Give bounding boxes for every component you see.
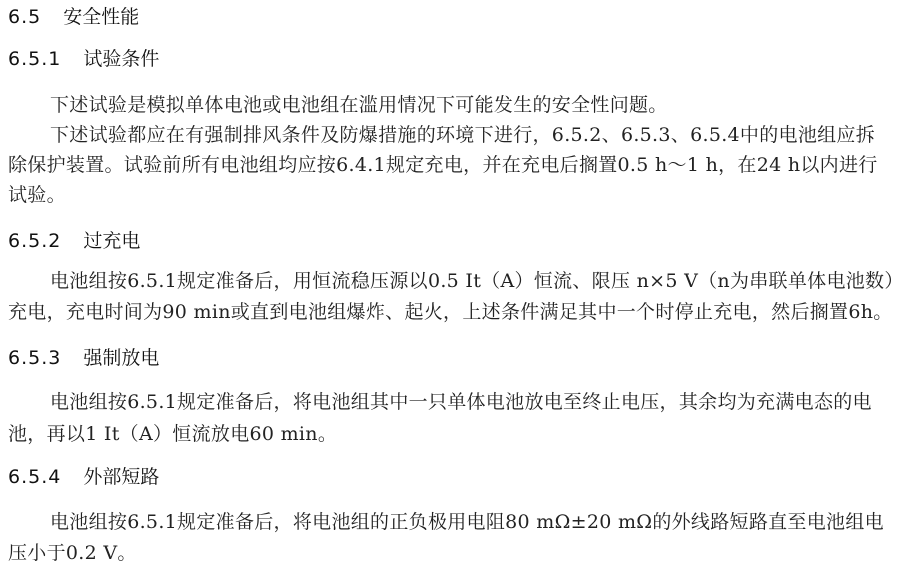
subsection-number: 6.5.2: [8, 230, 61, 252]
subsection-title: 过充电: [83, 226, 140, 253]
subsection-number: 6.5.4: [8, 466, 61, 488]
subsection-number: 6.5.3: [8, 347, 61, 369]
subsection-heading-6-5-1: 6.5.1 试验条件: [8, 44, 159, 71]
paragraph-line: 电池组按6.5.1规定准备后，用恒流稳压源以0.5 It（A）恒流、限压 n×5…: [50, 266, 904, 293]
section-heading: 6.5 安全性能: [8, 2, 139, 29]
subsection-number: 6.5.1: [8, 48, 61, 70]
paragraph-line: 下述试验都应在有强制排风条件及防爆措施的环境下进行，6.5.2、6.5.3、6.…: [50, 120, 875, 147]
paragraph-line: 试验。: [8, 180, 66, 207]
paragraph-line: 下述试验是模拟单体电池或电池组在滥用情况下可能发生的安全性问题。: [50, 90, 668, 117]
paragraph-line: 池，再以1 It（A）恒流放电60 min。: [8, 419, 337, 446]
section-title: 安全性能: [63, 2, 139, 29]
subsection-heading-6-5-4: 6.5.4 外部短路: [8, 462, 159, 489]
document-page: 6.5 安全性能 6.5.1 试验条件 下述试验是模拟单体电池或电池组在滥用情况…: [0, 0, 906, 574]
subsection-title: 强制放电: [83, 343, 159, 370]
paragraph-line: 充电，充电时间为90 min或直到电池组爆炸、起火，上述条件满足其中一个时停止充…: [8, 297, 893, 324]
subsection-title: 外部短路: [83, 462, 159, 489]
paragraph-line: 压小于0.2 V。: [8, 538, 137, 565]
subsection-heading-6-5-2: 6.5.2 过充电: [8, 226, 140, 253]
subsection-title: 试验条件: [83, 44, 159, 71]
subsection-heading-6-5-3: 6.5.3 强制放电: [8, 343, 159, 370]
paragraph-line: 电池组按6.5.1规定准备后，将电池组的正负极用电阻80 mΩ±20 mΩ的外线…: [50, 507, 884, 534]
section-number: 6.5: [8, 6, 41, 28]
paragraph-line: 除保护装置。试验前所有电池组均应按6.4.1规定充电，并在充电后搁置0.5 h～…: [8, 150, 878, 177]
paragraph-line: 电池组按6.5.1规定准备后，将电池组其中一只单体电池放电至终止电压，其余均为充…: [50, 387, 872, 414]
